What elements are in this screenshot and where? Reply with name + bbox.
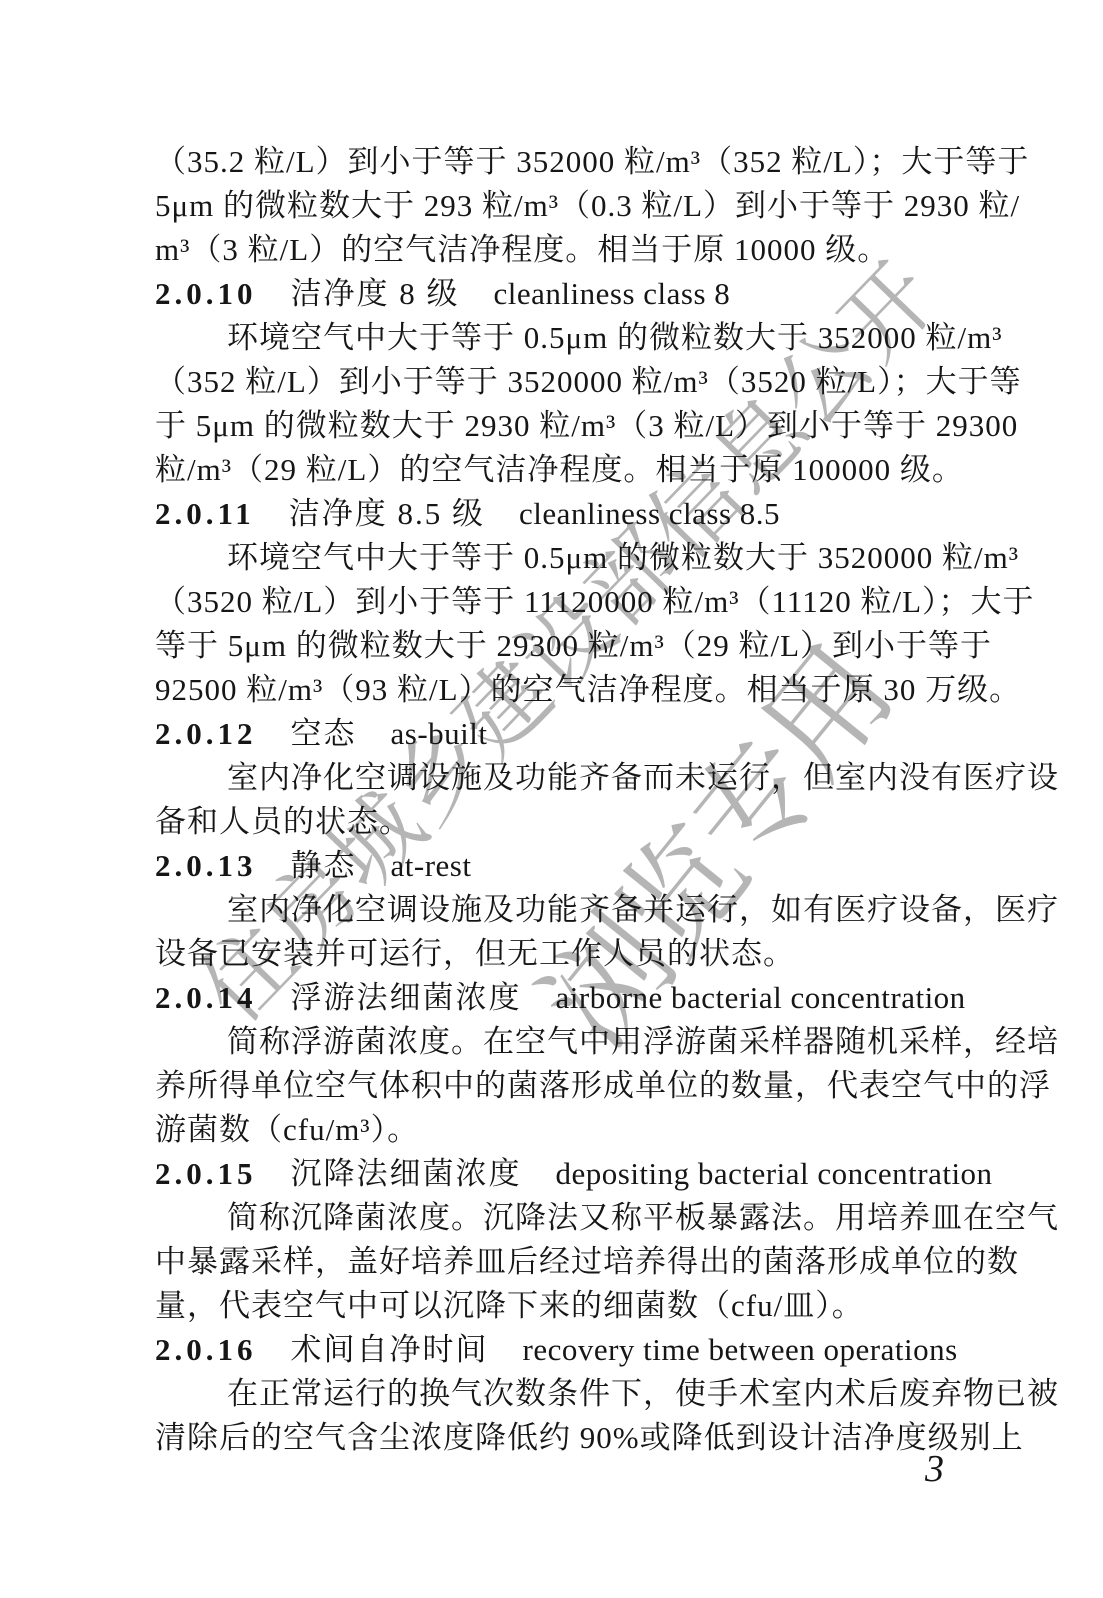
paragraph-line: 备和人员的状态。: [155, 800, 979, 844]
term-chinese: 空态: [291, 716, 357, 751]
paragraph-line: （3520 粒/L）到小于等于 11120000 粒/m³（11120 粒/L）…: [155, 580, 979, 624]
term-english: recovery time between operations: [523, 1332, 958, 1367]
paragraph-line: 中暴露采样，盖好培养皿后经过培养得出的菌落形成单位的数: [155, 1240, 979, 1284]
term-heading: 2.0.15沉降法细菌浓度depositing bacterial concen…: [155, 1152, 979, 1196]
document-body: （35.2 粒/L）到小于等于 352000 粒/m³（352 粒/L）；大于等…: [155, 140, 979, 1460]
paragraph-line: 等于 5μm 的微粒数大于 29300 粒/m³（29 粒/L）到小于等于: [155, 624, 979, 668]
term-number: 2.0.12: [155, 716, 257, 751]
term-chinese: 沉降法细菌浓度: [291, 1156, 522, 1191]
term-number: 2.0.13: [155, 848, 257, 883]
term-english: depositing bacterial concentration: [556, 1156, 993, 1191]
term-heading: 2.0.13静态at-rest: [155, 844, 979, 888]
paragraph-line: （352 粒/L）到小于等于 3520000 粒/m³（3520 粒/L）；大于…: [155, 360, 979, 404]
paragraph-line: （35.2 粒/L）到小于等于 352000 粒/m³（352 粒/L）；大于等…: [155, 140, 979, 184]
term-number: 2.0.11: [155, 496, 255, 531]
term-number: 2.0.10: [155, 276, 257, 311]
term-number: 2.0.15: [155, 1156, 257, 1191]
term-chinese: 静态: [291, 848, 357, 883]
paragraph-line: 养所得单位空气体积中的菌落形成单位的数量，代表空气中的浮: [155, 1064, 979, 1108]
term-heading: 2.0.16术间自净时间recovery time between operat…: [155, 1328, 979, 1372]
term-heading: 2.0.12空态as-built: [155, 712, 979, 756]
term-chinese: 术间自净时间: [291, 1332, 489, 1367]
term-heading: 2.0.11洁净度 8.5 级cleanliness class 8.5: [155, 492, 979, 536]
paragraph-line: 游菌数（cfu/m³）。: [155, 1108, 979, 1152]
term-english: cleanliness class 8: [494, 276, 731, 311]
term-number: 2.0.14: [155, 980, 257, 1015]
paragraph-line: 环境空气中大于等于 0.5μm 的微粒数大于 352000 粒/m³: [155, 316, 979, 360]
paragraph-line: 粒/m³（29 粒/L）的空气洁净程度。相当于原 100000 级。: [155, 448, 979, 492]
term-chinese: 洁净度 8 级: [291, 276, 460, 311]
term-english: cleanliness class 8.5: [519, 496, 780, 531]
paragraph-line: 简称沉降菌浓度。沉降法又称平板暴露法。用培养皿在空气: [155, 1196, 979, 1240]
paragraph-line: m³（3 粒/L）的空气洁净程度。相当于原 10000 级。: [155, 228, 979, 272]
paragraph-line: 设备已安装并可运行，但无工作人员的状态。: [155, 932, 979, 976]
paragraph-line: 在正常运行的换气次数条件下，使手术室内术后废弃物已被: [155, 1372, 979, 1416]
term-english: airborne bacterial concentration: [556, 980, 966, 1015]
term-chinese: 浮游法细菌浓度: [291, 980, 522, 1015]
term-heading: 2.0.10洁净度 8 级cleanliness class 8: [155, 272, 979, 316]
paragraph-line: 室内净化空调设施及功能齐备而未运行，但室内没有医疗设: [155, 756, 979, 800]
paragraph-line: 清除后的空气含尘浓度降低约 90%或降低到设计洁净度级别上: [155, 1416, 979, 1460]
paragraph-line: 5μm 的微粒数大于 293 粒/m³（0.3 粒/L）到小于等于 2930 粒…: [155, 184, 979, 228]
term-heading: 2.0.14浮游法细菌浓度airborne bacterial concentr…: [155, 976, 979, 1020]
document-page: 住房城乡建设部信息公开 浏览专用 （35.2 粒/L）到小于等于 352000 …: [0, 0, 1103, 1598]
paragraph-line: 简称浮游菌浓度。在空气中用浮游菌采样器随机采样，经培: [155, 1020, 979, 1064]
paragraph-line: 量，代表空气中可以沉降下来的细菌数（cfu/皿）。: [155, 1284, 979, 1328]
page-number: 3: [925, 1444, 944, 1494]
paragraph-line: 室内净化空调设施及功能齐备并运行，如有医疗设备，医疗: [155, 888, 979, 932]
term-chinese: 洁净度 8.5 级: [289, 496, 485, 531]
paragraph-line: 于 5μm 的微粒数大于 2930 粒/m³（3 粒/L）到小于等于 29300: [155, 404, 979, 448]
term-number: 2.0.16: [155, 1332, 257, 1367]
term-english: at-rest: [391, 848, 472, 883]
paragraph-line: 环境空气中大于等于 0.5μm 的微粒数大于 3520000 粒/m³: [155, 536, 979, 580]
paragraph-line: 92500 粒/m³（93 粒/L）的空气洁净程度。相当于原 30 万级。: [155, 668, 979, 712]
term-english: as-built: [391, 716, 488, 751]
